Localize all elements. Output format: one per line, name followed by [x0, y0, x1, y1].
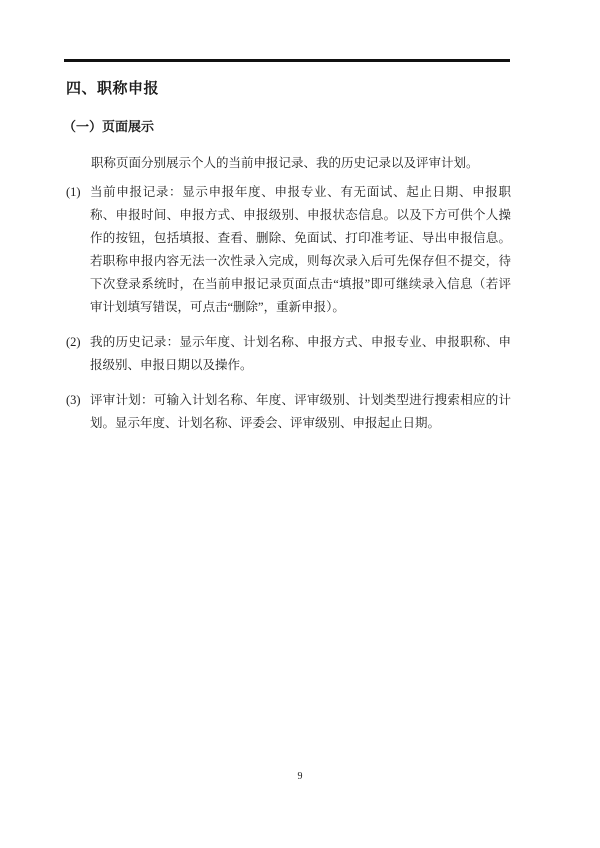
list-item-text: 评审计划：可输入计划名称、年度、评审级别、计划类型进行搜索相应的计划。显示年度、… [90, 393, 511, 430]
document-page: 四、职称申报 （一）页面展示 职称页面分别展示个人的当前申报记录、我的历史记录以… [0, 0, 600, 848]
list-item: (2) 我的历史记录：显示年度、计划名称、申报方式、申报专业、申报职称、申报级别… [66, 331, 511, 377]
list-item: (1) 当前申报记录：显示申报年度、申报专业、有无面试、起止日期、申报职称、申报… [66, 181, 511, 319]
list-item: (3) 评审计划：可输入计划名称、年度、评审级别、计划类型进行搜索相应的计划。显… [66, 389, 511, 435]
list-item-text: 我的历史记录：显示年度、计划名称、申报方式、申报专业、申报职称、申报级别、申报日… [90, 335, 511, 372]
section-heading: 四、职称申报 [66, 0, 511, 98]
list-item-marker: (1) [66, 181, 81, 204]
list-item-text: 当前申报记录：显示申报年度、申报专业、有无面试、起止日期、申报职称、申报时间、申… [90, 185, 511, 314]
subsection-heading: （一）页面展示 [63, 119, 511, 135]
page-number: 9 [0, 771, 600, 783]
page-content: 四、职称申报 （一）页面展示 职称页面分别展示个人的当前申报记录、我的历史记录以… [66, 0, 511, 435]
intro-paragraph: 职称页面分别展示个人的当前申报记录、我的历史记录以及评审计划。 [66, 152, 511, 175]
list-item-marker: (3) [66, 389, 81, 412]
list-item-marker: (2) [66, 331, 81, 354]
